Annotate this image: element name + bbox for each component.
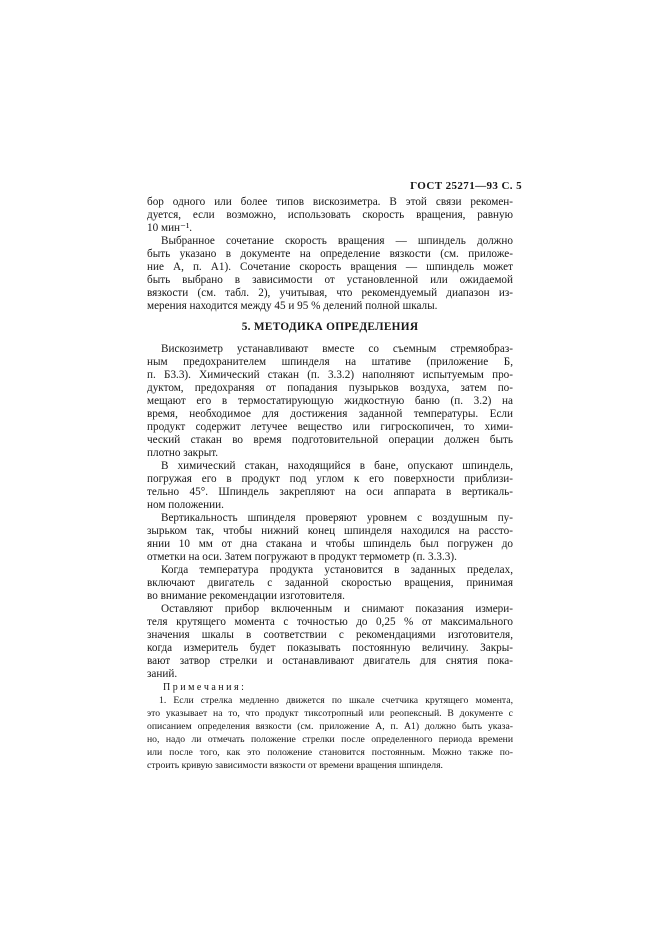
body-paragraph: В химический стакан, находящийся в бане,…: [147, 460, 513, 512]
text-line: 10 мин⁻¹.: [147, 222, 513, 235]
notes-heading: П р и м е ч а н и я :: [147, 681, 513, 694]
text-line: отметки на оси. Затем погружают в продук…: [147, 551, 513, 564]
text-line: но, надо ли отмечать положение стрелки п…: [147, 733, 513, 746]
text-line: во внимание рекомендации изготовителя.: [147, 590, 513, 603]
text-line: дуется, если возможно, использовать скор…: [147, 209, 513, 222]
text-line: быть выбрано в зависимости от установлен…: [147, 274, 513, 287]
standard-number-page: ГОСТ 25271—93 С. 5: [410, 180, 522, 192]
text-line: янии 10 мм от дна стакана и чтобы шпинде…: [147, 538, 513, 551]
text-line: это указывает на то, что продукт тиксотр…: [147, 707, 513, 720]
text-line: теля крутящего момента с точностью до 0,…: [147, 616, 513, 629]
text-line: Оставляют прибор включенным и снимают по…: [147, 603, 513, 616]
document-content: бор одного или более типов вискозиметра.…: [147, 196, 513, 772]
text-line: когда измеритель будет показывать постоя…: [147, 642, 513, 655]
text-line: время, необходимое для достижения заданн…: [147, 408, 513, 421]
text-line: В химический стакан, находящийся в бане,…: [147, 460, 513, 473]
text-line: значения шкалы в соответствии с рекоменд…: [147, 629, 513, 642]
text-line: быть указано в документе на определение …: [147, 248, 513, 261]
text-line: погружая его в продукт под углом к его п…: [147, 473, 513, 486]
text-line: или после того, как это положение станов…: [147, 746, 513, 759]
text-line: продукт содержит летучее вещество или ги…: [147, 421, 513, 434]
text-line: строить кривую зависимости вязкости от в…: [147, 759, 513, 772]
body-paragraph: Вертикальность шпинделя проверяют уровне…: [147, 512, 513, 564]
body-paragraph: Выбранное сочетание скорость вращения — …: [147, 235, 513, 313]
text-line: дуктом, предохраняя от попадания пузырьк…: [147, 382, 513, 395]
text-line: плотно закрыт.: [147, 447, 513, 460]
text-line: мерения находится между 45 и 95 % делени…: [147, 300, 513, 313]
text-line: ным предохранителем шпинделя на штативе …: [147, 356, 513, 369]
text-line: вают затвор стрелки и останавливают двиг…: [147, 655, 513, 668]
text-line: описанием определения вязкости (см. прил…: [147, 720, 513, 733]
text-line: заний.: [147, 668, 513, 681]
text-line: мещают его в термостатирующую жидкостную…: [147, 395, 513, 408]
body-paragraph: бор одного или более типов вискозиметра.…: [147, 196, 513, 235]
document-page: ГОСТ 25271—93 С. 5 бор одного или более …: [0, 0, 661, 935]
text-line: ческий стакан во время подготовительной …: [147, 434, 513, 447]
text-line: Вискозиметр устанавливают вместе со съем…: [147, 343, 513, 356]
text-line: 1. Если стрелка медленно движется по шка…: [147, 694, 513, 707]
text-line: Выбранное сочетание скорость вращения — …: [147, 235, 513, 248]
text-line: ние А, п. А1). Сочетание скорость вращен…: [147, 261, 513, 274]
text-line: бор одного или более типов вискозиметра.…: [147, 196, 513, 209]
text-line: Когда температура продукта установится в…: [147, 564, 513, 577]
text-line: тельно 45°. Шпиндель закрепляют на оси а…: [147, 486, 513, 499]
body-paragraph: Вискозиметр устанавливают вместе со съем…: [147, 343, 513, 460]
text-line: вязкости (см. табл. 2), учитывая, что ре…: [147, 287, 513, 300]
text-line: п. Б3.3). Химический стакан (п. 3.3.2) н…: [147, 369, 513, 382]
text-line: зырьком так, чтобы нижний конец шпинделя…: [147, 525, 513, 538]
section-heading: 5. МЕТОДИКА ОПРЕДЕЛЕНИЯ: [147, 321, 513, 334]
text-line: ном положении.: [147, 499, 513, 512]
running-header: ГОСТ 25271—93 С. 5: [147, 180, 522, 192]
note-paragraph: 1. Если стрелка медленно движется по шка…: [147, 694, 513, 772]
text-line: включают двигатель с заданной скоростью …: [147, 577, 513, 590]
text-line: Вертикальность шпинделя проверяют уровне…: [147, 512, 513, 525]
body-paragraph: Оставляют прибор включенным и снимают по…: [147, 603, 513, 681]
body-paragraph: Когда температура продукта установится в…: [147, 564, 513, 603]
